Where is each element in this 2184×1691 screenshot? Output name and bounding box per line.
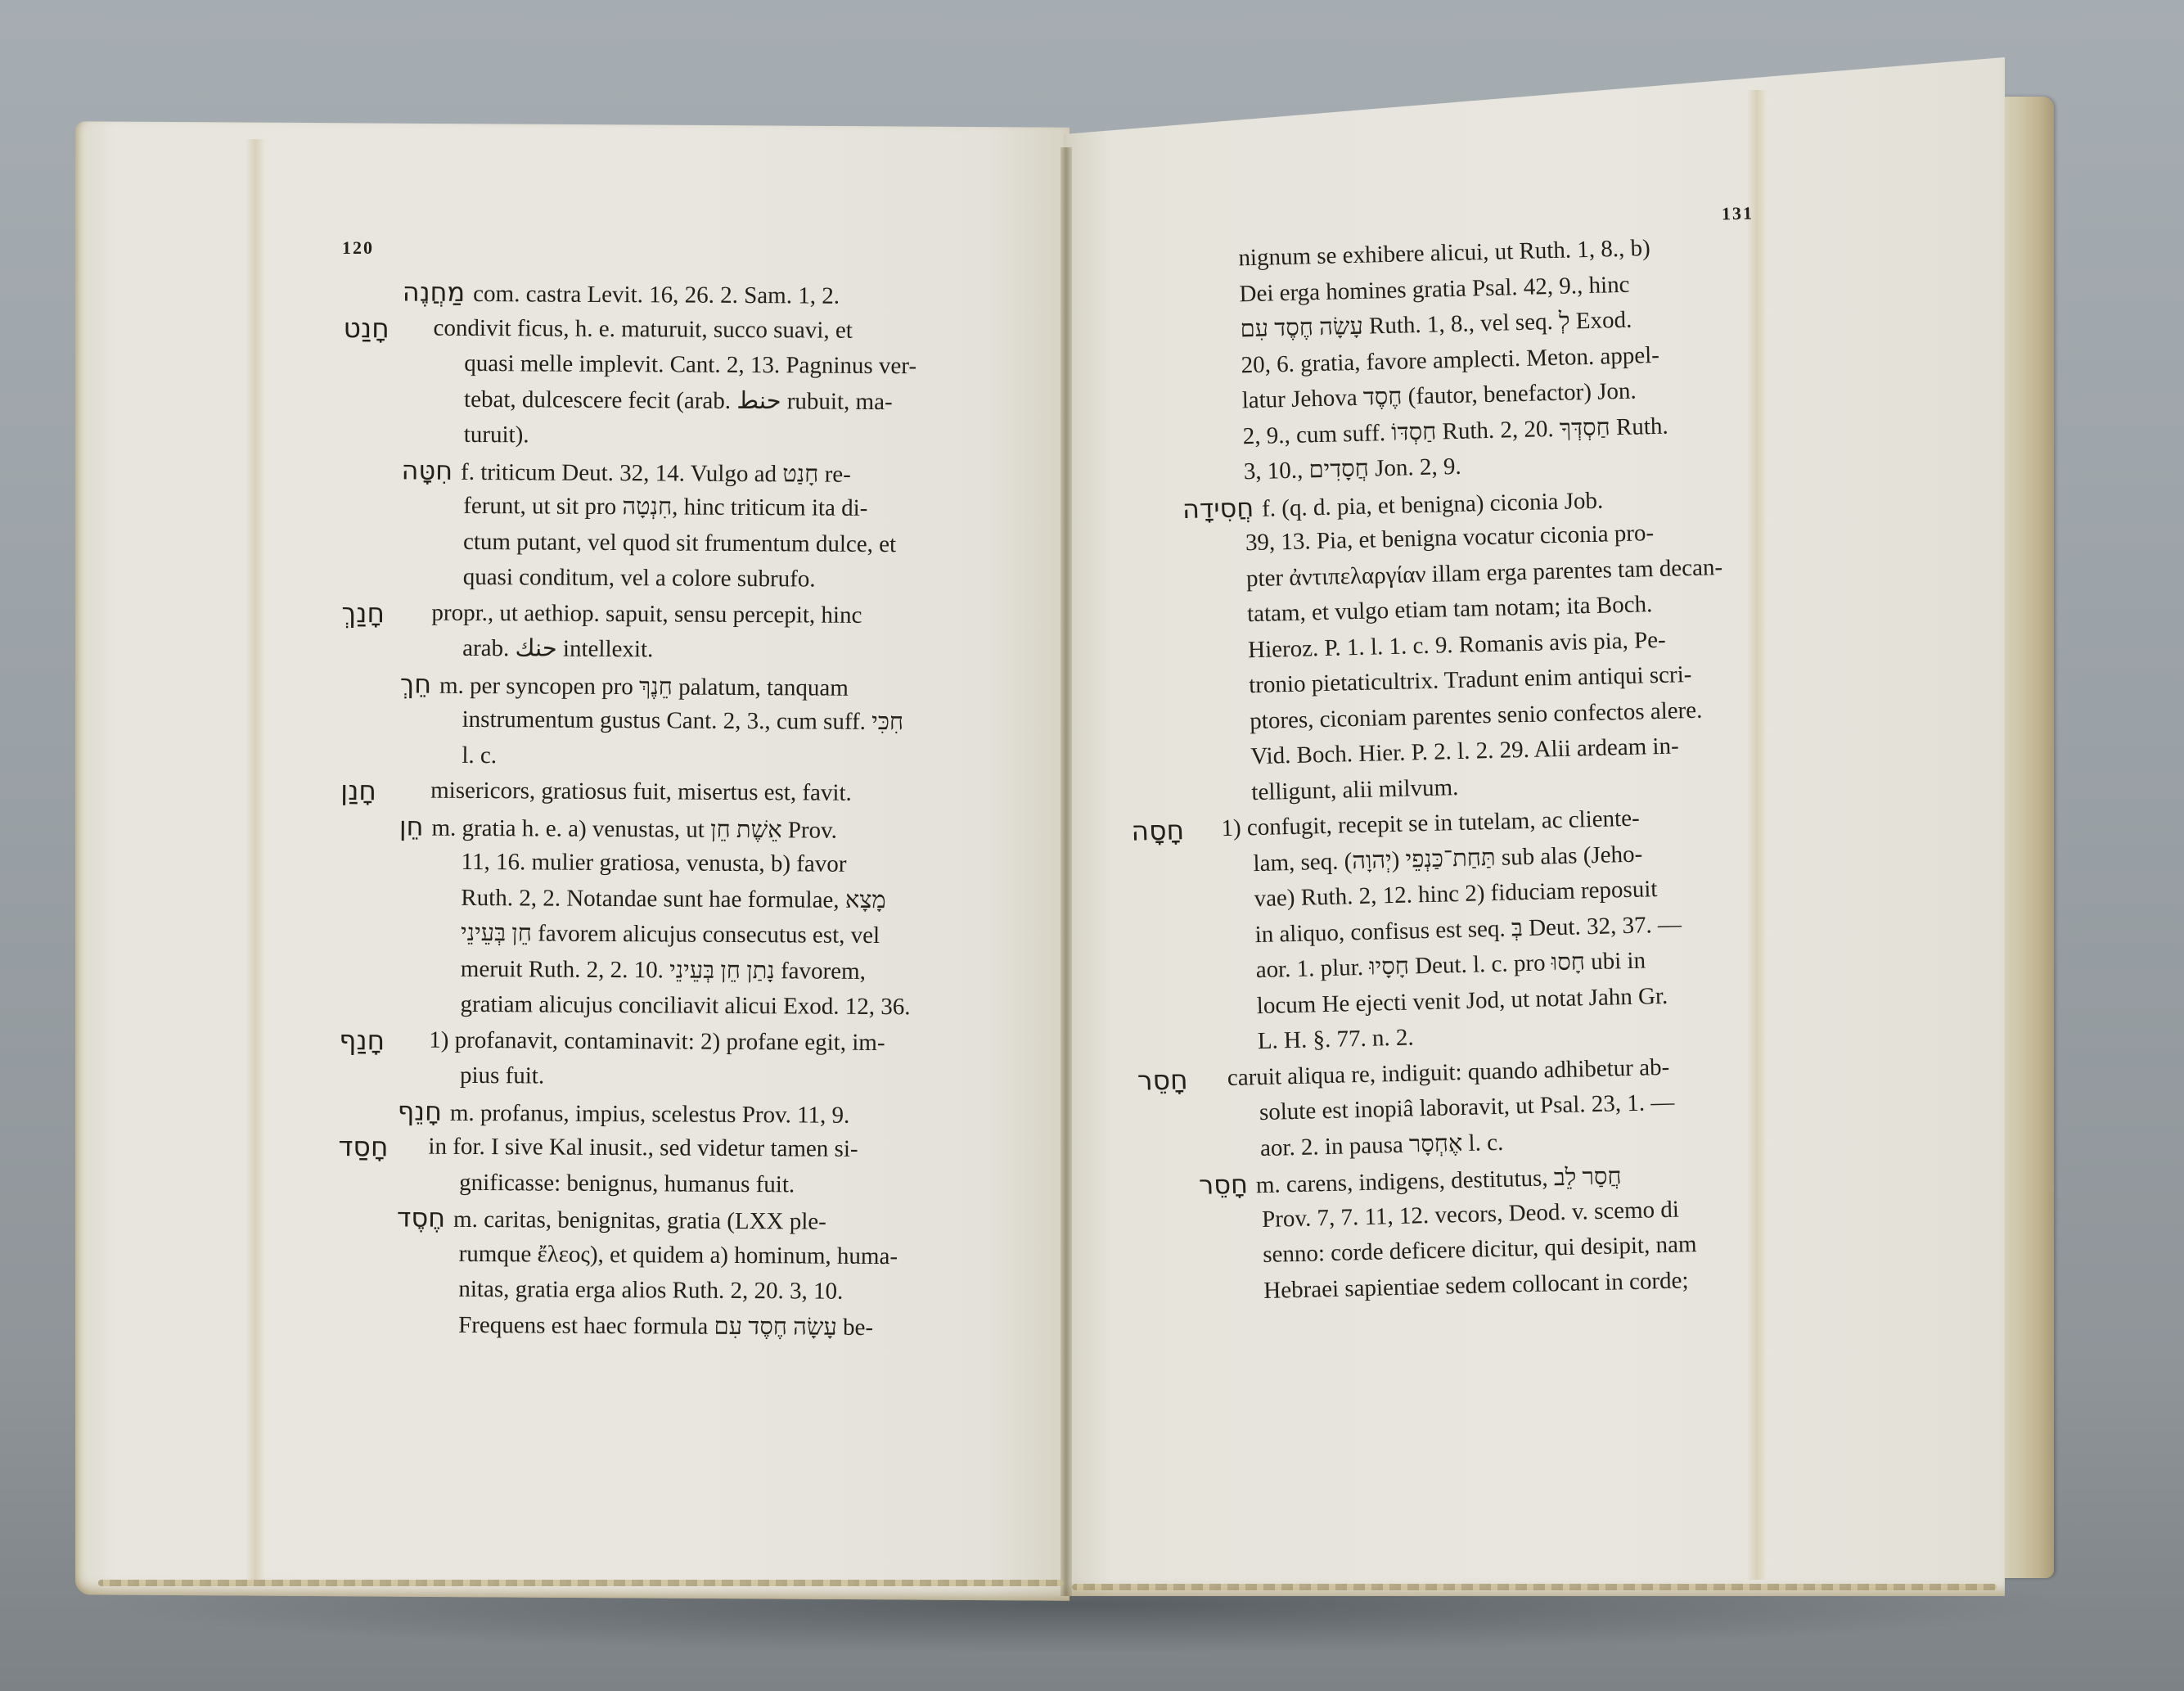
entry-text: m. caritas, benignitas, gratia (LXX ple- (453, 1206, 826, 1235)
entry-text: quasi conditum, vel a colore subrufo. (463, 564, 816, 593)
hebrew-root-lemma: חָסַד (338, 1129, 417, 1165)
lexicon-entry-root: חָנַןmisericors, gratiosus fuit, misertu… (340, 773, 1003, 812)
lexicon-entry-root: חָנַטcondivit ficus, h. e. maturuit, suc… (343, 309, 1006, 349)
book-gutter (1060, 147, 1072, 1596)
hebrew-root-lemma: חָנַךְ (341, 594, 420, 630)
entry-text: aor. 2. in pausa אֶחְסָר l. c. (1260, 1129, 1504, 1161)
entry-text: instrumentum gustus Cant. 2, 3., cum suf… (462, 706, 904, 735)
entry-text: condivit ficus, h. e. maturuit, succo su… (434, 314, 853, 343)
entry-text: tronio pietaticultrix. Tradunt enim anti… (1249, 661, 1692, 698)
entry-text: latur Jehova חֶסֶד (fautor, benefactor) … (1241, 378, 1637, 414)
entry-text: pius fuit. (460, 1062, 544, 1089)
deckle-edge-right (1072, 1584, 1997, 1590)
lexicon-entry-continuation: l. c. (340, 737, 1003, 776)
hebrew-derivative-lemma: חֶסֶד (397, 1202, 445, 1233)
lexicon-entry-root: חָסַדin for. I sive Kal inusit., sed vid… (338, 1129, 1001, 1168)
entry-text: in for. I sive Kal inusit., sed videtur … (428, 1134, 858, 1162)
entry-text: 39, 13. Pia, et benigna vocatur ciconia … (1245, 520, 1655, 556)
hebrew-derivative-lemma: חֲסִידָה (1182, 492, 1254, 525)
entry-text: 3, 10., חֲסָדִים Jon. 2, 9. (1243, 453, 1461, 485)
entry-text: 2, 9., cum suff. חַסְדּוֹ Ruth. 2, 20. ח… (1242, 413, 1668, 449)
entry-text: com. castra Levit. 16, 26. 2. Sam. 1, 2. (473, 281, 840, 309)
entry-text: Vid. Boch. Hier. P. 2. l. 2. 29. Alii ar… (1250, 733, 1679, 769)
page-number-left: 120 (342, 237, 374, 259)
water-stain-left (245, 139, 265, 1580)
entry-text: 1) confugit, recepit se in tutelam, ac c… (1221, 805, 1640, 841)
entry-text: telligunt, alii milvum. (1251, 774, 1459, 805)
entry-text: Hieroz. P. 1. l. 1. c. 9. Romanis avis p… (1248, 626, 1666, 662)
lexicon-entry-continuation: Ruth. 2, 2. Notandae sunt hae formulae, … (340, 879, 1002, 918)
entry-text: misericors, gratiosus fuit, misertus est… (430, 778, 852, 806)
entry-text: Dei erga homines gratia Psal. 42, 9., hi… (1239, 271, 1630, 307)
entry-text: ctum putant, vel quod sit frumentum dulc… (463, 528, 896, 557)
deckle-edge-left (98, 1580, 1064, 1586)
entry-text: propr., ut aethiop. sapuit, sensu percep… (431, 599, 862, 628)
entry-text: lam, seq. (יְהוָה) תַּחַת־כַּנְפֵי sub a… (1253, 841, 1642, 877)
lexicon-entry-continuation: gnificasse: benignus, humanus fuit. (338, 1164, 1001, 1203)
entry-text: pter ἀντιπελαργίαν illam erga parentes t… (1246, 554, 1723, 592)
entry-text: m. per syncopen pro חֵנֶךְ palatum, tanq… (439, 672, 849, 701)
lexicon-entry-derivative: חֵךְm. per syncopen pro חֵנֶךְ palatum, … (341, 665, 1004, 705)
hebrew-derivative-lemma: חִטָּה (401, 454, 453, 485)
entry-text: 20, 6. gratia, favore amplecti. Meton. a… (1241, 341, 1659, 377)
hebrew-root-lemma: חָנַן (340, 773, 419, 809)
lexicon-entry-continuation: turuit). (343, 417, 1006, 456)
lexicon-entry-continuation: nitas, gratia erga alios Ruth. 2, 20. 3,… (337, 1271, 1000, 1310)
right-page-block-edge (1997, 97, 2054, 1578)
lexicon-entry-derivative: מַחֲנֶהcom. castra Levit. 16, 26. 2. Sam… (344, 274, 1006, 313)
entry-text: f. (q. d. pia, et benigna) ciconia Job. (1262, 487, 1604, 521)
entry-text: Frequens est haec formula עָשָׂה חֶסֶד ע… (458, 1311, 873, 1340)
entry-text: quasi melle implevit. Cant. 2, 13. Pagni… (464, 350, 916, 379)
lexicon-entry-derivative: חָנֵףm. profanus, impius, scelestus Prov… (339, 1093, 1002, 1132)
entry-text: locum He ejecti venit Jod, ut notat Jahn… (1256, 982, 1668, 1018)
hebrew-derivative-lemma: חֵן (399, 810, 424, 841)
entry-text: m. carens, indigens, destitutus, חֲסַר ל… (1255, 1163, 1621, 1198)
entry-text: rumque ἔλεος), et quidem a) hominum, hum… (459, 1240, 898, 1269)
right-page-text: nignum se exhibere alicui, ut Ruth. 1, 8… (1117, 228, 1806, 1311)
entry-text: Prov. 7, 7. 11, 12. vecors, Deod. v. sce… (1262, 1196, 1679, 1232)
entry-text: nignum se exhibere alicui, ut Ruth. 1, 8… (1238, 235, 1650, 271)
entry-text: solute est inopiâ laboravit, ut Psal. 23… (1259, 1089, 1675, 1125)
entry-text: gratiam alicujus conciliavit alicui Exod… (460, 991, 910, 1020)
lexicon-entry-continuation: rumque ἔλεος), et quidem a) hominum, hum… (338, 1235, 1001, 1274)
lexicon-entry-continuation: quasi conditum, vel a colore subrufo. (342, 559, 1005, 598)
entry-text: f. triticum Deut. 32, 14. Vulgo ad חָנַט… (461, 458, 851, 487)
left-page-text: מַחֲנֶהcom. castra Levit. 16, 26. 2. Sam… (337, 274, 1006, 1346)
lexicon-entry-derivative: חֵןm. gratia h. e. a) venustas, ut אֵשֶׁ… (340, 808, 1003, 847)
hebrew-derivative-lemma: חָסֵר (1199, 1168, 1249, 1200)
lexicon-entry-root: חָנַךְpropr., ut aethiop. sapuit, sensu … (341, 594, 1004, 634)
hebrew-root-lemma: חָנַט (343, 309, 421, 345)
hebrew-root-lemma: חָסֵר (1137, 1061, 1216, 1098)
entry-text: Hebraei sapientiae sedem collocant in co… (1263, 1267, 1689, 1304)
lexicon-entry-root: חָנַף1) profanavit, contaminavit: 2) pro… (339, 1021, 1002, 1061)
entry-text: ferunt, ut sit pro חִנְטָה, hinc triticu… (463, 493, 867, 521)
lexicon-entry-continuation: instrumentum gustus Cant. 2, 3., cum suf… (341, 701, 1004, 741)
lexicon-entry-continuation: ctum putant, vel quod sit frumentum dulc… (342, 523, 1005, 562)
hebrew-derivative-lemma: מַחֲנֶה (403, 276, 466, 307)
entry-text: 1) profanavit, contaminavit: 2) profane … (429, 1026, 885, 1055)
entry-text: vae) Ruth. 2, 12. hinc 2) fiduciam repos… (1254, 876, 1658, 912)
lexicon-entry-continuation: quasi melle implevit. Cant. 2, 13. Pagni… (343, 345, 1006, 385)
entry-text: tebat, dulcescere fecit (arab. حنط rubui… (464, 386, 893, 414)
lexicon-entry-continuation: 11, 16. mulier gratiosa, venusta, b) fav… (340, 844, 1002, 883)
entry-text: חֵן בְּעֵינֵי favorem alicujus consecutu… (461, 920, 880, 949)
lexicon-entry-continuation: ferunt, ut sit pro חִנְטָה, hinc triticu… (342, 488, 1005, 527)
entry-text: senno: corde deficere dicitur, qui desip… (1263, 1231, 1697, 1268)
lexicon-entry-continuation: pius fuit. (339, 1057, 1002, 1097)
entry-text: l. c. (462, 742, 497, 768)
entry-text: Ruth. 2, 2. Notandae sunt hae formulae, … (461, 884, 886, 913)
entry-text: in aliquo, confisus est seq. בְּ Deut. 3… (1254, 911, 1682, 948)
entry-text: caruit aliqua re, indiguit: quando adhib… (1227, 1053, 1670, 1090)
lexicon-entry-continuation: gratiam alicujus conciliavit alicui Exod… (339, 986, 1002, 1026)
lexicon-entry-derivative: חֶסֶדm. caritas, benignitas, gratia (LXX… (338, 1200, 1001, 1239)
entry-text: tatam, et vulgo etiam tam notam; ita Boc… (1247, 591, 1653, 627)
page-number-right: 131 (1722, 203, 1754, 225)
entry-text: arab. حنك intellexit. (462, 635, 653, 662)
lexicon-entry-continuation: meruit Ruth. 2, 2. 10. נָתַן חֵן בְּעֵינ… (340, 950, 1002, 990)
lexicon-entry-continuation: חֵן בְּעֵינֵי favorem alicujus consecutu… (340, 915, 1002, 954)
entry-text: ptores, ciconiam parentes senio confecto… (1250, 697, 1703, 734)
hebrew-root-lemma: חָנַף (339, 1021, 417, 1057)
lexicon-entry-derivative: חִטָּהf. triticum Deut. 32, 14. Vulgo ad… (342, 452, 1005, 491)
entry-text: turuit). (464, 422, 529, 448)
hebrew-root-lemma: חָסָה (1131, 811, 1210, 849)
entry-text: gnificasse: benignus, humanus fuit. (459, 1169, 795, 1197)
entry-text: m. gratia h. e. a) venustas, ut אֵשֶׁת ח… (431, 814, 837, 843)
entry-text: aor. 1. plur. חָסָיוּ Deut. l. c. pro חָ… (1255, 947, 1646, 983)
entry-text: עָשָׂה חֶסֶד עִם Ruth. 1, 8., vel seq. ל… (1240, 307, 1632, 343)
hebrew-derivative-lemma: חָנֵף (398, 1095, 442, 1126)
entry-text: meruit Ruth. 2, 2. 10. נָתַן חֵן בְּעֵינ… (461, 955, 866, 984)
entry-text: 11, 16. mulier gratiosa, venusta, b) fav… (462, 849, 847, 877)
entry-text: m. profanus, impius, scelestus Prov. 11,… (450, 1099, 850, 1128)
hebrew-derivative-lemma: חֵךְ (400, 668, 431, 699)
lexicon-entry-continuation: Frequens est haec formula עָשָׂה חֶסֶד ע… (337, 1306, 1000, 1346)
lexicon-entry-continuation: arab. حنك intellexit. (341, 630, 1004, 670)
lexicon-entry-continuation: tebat, dulcescere fecit (arab. حنط rubui… (343, 381, 1006, 420)
entry-text: L. H. §. 77. n. 2. (1257, 1024, 1414, 1054)
entry-text: nitas, gratia erga alios Ruth. 2, 20. 3,… (458, 1276, 843, 1305)
